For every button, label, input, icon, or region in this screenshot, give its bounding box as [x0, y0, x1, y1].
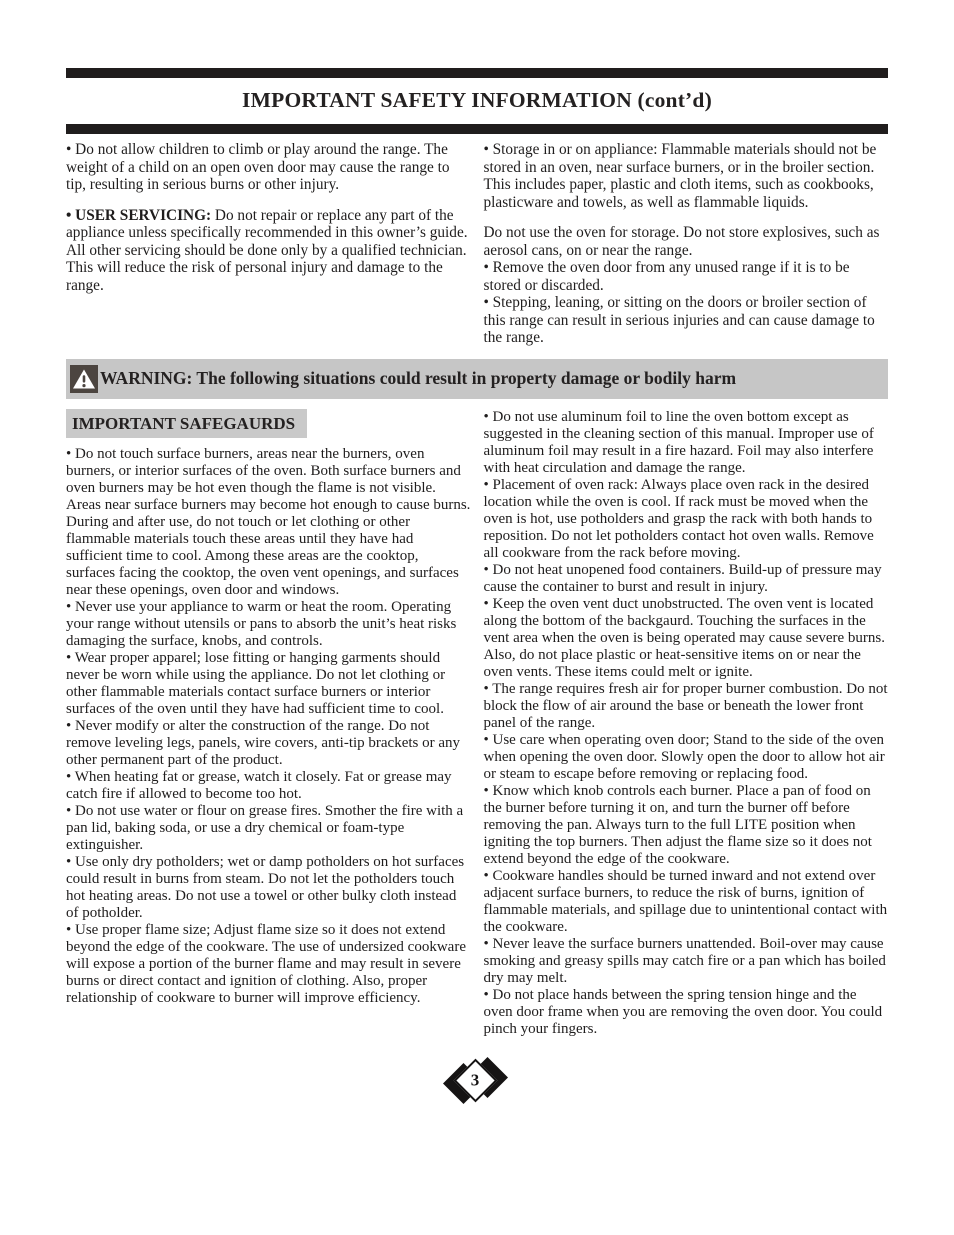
top-text-section: • Do not allow children to climb or play… — [66, 141, 888, 347]
safeguard-item: • Do not use aluminum foil to line the o… — [484, 409, 889, 477]
safeguard-item: • Do not place hands between the spring … — [484, 987, 889, 1038]
safeguards-section: IMPORTANT SAFEGAURDS • Do not touch surf… — [66, 409, 888, 1038]
safeguard-item: • Placement of oven rack: Always place o… — [484, 477, 889, 562]
safeguard-item: • Do not touch surface burners, areas ne… — [66, 446, 471, 599]
safeguard-item: • The range requires fresh air for prope… — [484, 681, 889, 732]
top-left-column: • Do not allow children to climb or play… — [66, 141, 471, 347]
safeguard-item: • Wear proper apparel; lose fitting or h… — [66, 650, 471, 718]
top-rule — [66, 68, 888, 78]
safeguard-item: • Do not heat unopened food containers. … — [484, 562, 889, 596]
safeguards-header: IMPORTANT SAFEGAURDS — [66, 409, 307, 438]
paragraph-user-servicing: • USER SERVICING: Do not repair or repla… — [66, 207, 471, 295]
safeguards-right-column: • Do not use aluminum foil to line the o… — [484, 409, 889, 1038]
safeguard-item: • Use proper flame size; Adjust flame si… — [66, 922, 471, 1007]
manual-page: IMPORTANT SAFETY INFORMATION (cont’d) • … — [0, 0, 954, 1235]
safeguard-item: • Cookware handles should be turned inwa… — [484, 868, 889, 936]
title-bottom-rule — [66, 124, 888, 134]
warning-triangle-icon — [70, 365, 98, 393]
safeguard-item: • When heating fat or grease, watch it c… — [66, 769, 471, 803]
safeguard-item: • Keep the oven vent duct unobstructed. … — [484, 596, 889, 681]
safeguard-item: • Never use your appliance to warm or he… — [66, 599, 471, 650]
page-number-diamond-logo: 3 — [442, 1054, 512, 1112]
page-title: IMPORTANT SAFETY INFORMATION (cont’d) — [66, 78, 888, 124]
safeguard-item: • Use only dry potholders; wet or damp p… — [66, 854, 471, 922]
user-servicing-label: • USER SERVICING: — [66, 207, 211, 224]
safeguard-item: • Use care when operating oven door; Sta… — [484, 732, 889, 783]
safeguard-item: • Do not use water or flour on grease fi… — [66, 803, 471, 854]
paragraph-stepping: • Stepping, leaning, or sitting on the d… — [484, 294, 889, 347]
warning-text: WARNING: The following situations could … — [100, 368, 736, 389]
paragraph-children-warning: • Do not allow children to climb or play… — [66, 141, 471, 194]
warning-banner: WARNING: The following situations could … — [66, 359, 888, 399]
safeguard-item: • Never leave the surface burners unatte… — [484, 936, 889, 987]
page-number: 3 — [471, 1070, 480, 1090]
paragraph-remove-door: • Remove the oven door from any unused r… — [484, 259, 889, 294]
safeguard-item: • Never modify or alter the construction… — [66, 718, 471, 769]
safeguards-left-column: IMPORTANT SAFEGAURDS • Do not touch surf… — [66, 409, 471, 1038]
paragraph-storage: • Storage in or on appliance: Flammable … — [484, 141, 889, 211]
top-right-column: • Storage in or on appliance: Flammable … — [484, 141, 889, 347]
safeguard-item: • Know which knob controls each burner. … — [484, 783, 889, 868]
paragraph-oven-storage: Do not use the oven for storage. Do not … — [484, 224, 889, 259]
